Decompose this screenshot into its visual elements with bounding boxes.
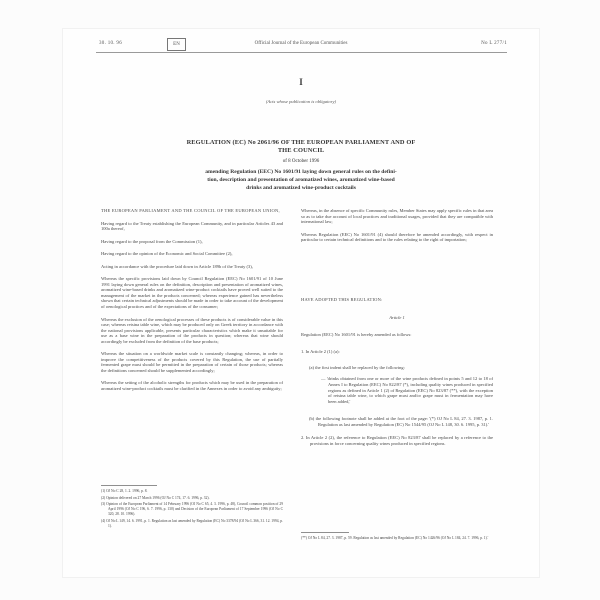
header-journal-title: Official Journal of the European Communi… <box>63 41 539 46</box>
amendment-item-1b: (b) the following footnote shall be adde… <box>301 416 493 427</box>
footnote-3: (3) Opinion of the European Parliament o… <box>101 502 283 517</box>
footnote-1: (1) OJ No C 28, 1. 2. 1996, p. 8. <box>101 489 283 494</box>
regulation-title-line1: REGULATION (EC) No 2061/96 OF THE EUROPE… <box>151 139 451 147</box>
recital-2: Whereas the exclusion of the oenological… <box>101 317 283 345</box>
header-rule <box>96 52 507 53</box>
section-numeral: I <box>63 77 539 87</box>
footnotes-right: (**) OJ No L 84, 27. 3. 1987, p. 59. Reg… <box>301 536 493 543</box>
article-1-heading: Article 1 <box>301 315 493 321</box>
recital-1: Whereas the specific provisions laid dow… <box>101 276 283 309</box>
footnote-quoted: (**) OJ No L 84, 27. 3. 1987, p. 59. Reg… <box>301 536 493 541</box>
section-note: (Acts whose publication is obligatory) <box>63 99 539 104</box>
recital-3: Whereas the situation on a worldwide mar… <box>101 351 283 373</box>
citation-esc-opinion: Having regard to the opinion of the Econ… <box>101 251 283 257</box>
subject-line: amending Regulation (EEC) No 1601/91 lay… <box>151 169 451 177</box>
left-column: THE EUROPEAN PARLIAMENT AND THE COUNCIL … <box>101 208 283 399</box>
amendment-item-1a: (a) the first indent shall be replaced b… <box>301 365 493 371</box>
enacting-formula: HAVE ADOPTED THIS REGULATION: <box>301 297 493 303</box>
amendment-intro: Regulation (EEC) No 1601/91 is hereby am… <box>301 332 493 338</box>
footnotes-left: (1) OJ No C 28, 1. 2. 1996, p. 8. (2) Op… <box>101 489 283 530</box>
subject-line: drinks and aromatized wine-product cockt… <box>151 185 451 193</box>
citation-treaty: Having regard to the Treaty establishing… <box>101 221 283 232</box>
recital-6: Whereas Regulation (EEC) No 1601/91 (4) … <box>301 232 493 243</box>
quoted-replacement-text: — 'drinks obtained from one or more of t… <box>301 376 493 404</box>
journal-page: 30. 10. 96 EN Official Journal of the Eu… <box>62 28 540 578</box>
footnote-rule-right <box>301 532 349 533</box>
regulation-date-line: of 8 October 1996 <box>151 159 451 164</box>
regulation-subject: amending Regulation (EEC) No 1601/91 lay… <box>151 169 451 192</box>
preamble-parties: THE EUROPEAN PARLIAMENT AND THE COUNCIL … <box>101 208 283 214</box>
regulation-title-line2: THE COUNCIL <box>151 147 451 155</box>
footnote-rule-left <box>101 485 157 486</box>
amendment-item-1: 1. In Article 2 (1) (a): <box>301 349 493 355</box>
right-column: Whereas, in the absence of specific Comm… <box>301 208 493 446</box>
recital-5: Whereas, in the absence of specific Comm… <box>301 208 493 225</box>
footnote-2: (2) Opinion delivered on 27 March 1996 (… <box>101 496 283 501</box>
scanned-document-canvas: 30. 10. 96 EN Official Journal of the Eu… <box>0 0 600 600</box>
footnote-4: (4) OJ No L 149, 14. 6. 1991, p. 1. Regu… <box>101 519 283 529</box>
citation-procedure: Acting in accordance with the procedure … <box>101 264 283 270</box>
subject-line: tion, description and presentation of ar… <box>151 177 451 185</box>
amendment-item-2: 2. In Article 2 (2), the reference to Re… <box>301 435 493 446</box>
recital-4: Whereas the setting of the alcoholic str… <box>101 380 283 391</box>
header-page-ref: No L 277/1 <box>481 41 507 46</box>
regulation-title-block: REGULATION (EC) No 2061/96 OF THE EUROPE… <box>151 139 451 192</box>
citation-proposal: Having regard to the proposal from the C… <box>101 239 283 245</box>
